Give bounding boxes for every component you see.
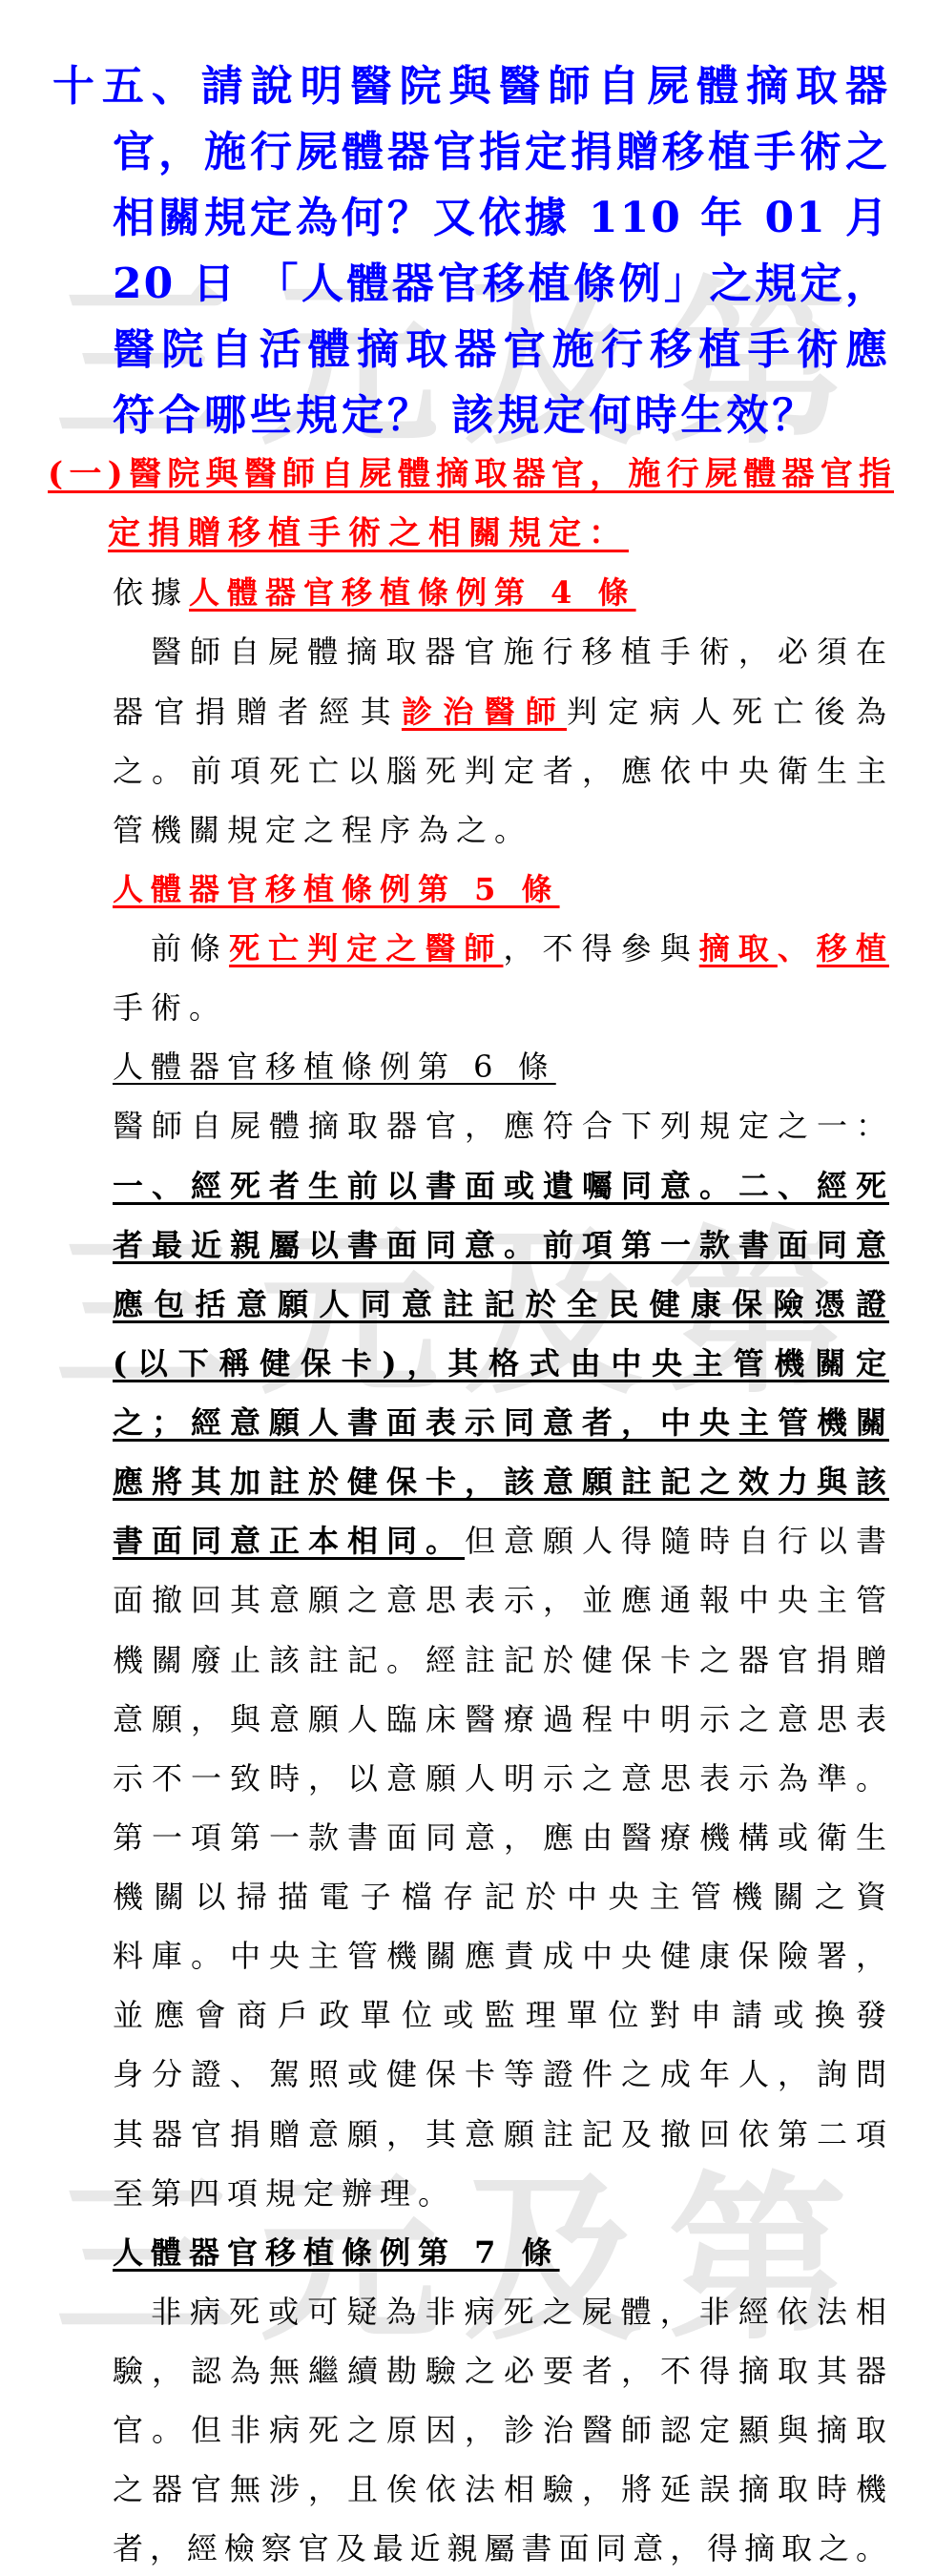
highlight-term: 摘取 <box>699 930 778 966</box>
article-text-line: 應包括意願人同意註記於全民健康保險憑證 <box>113 1275 889 1334</box>
article-text-line: 意願，與意願人臨床醫療過程中明示之意思表 <box>113 1690 889 1749</box>
question-line: 相關規定為何？又依據 110 年 01 月 <box>113 185 889 251</box>
article-text-line: 並應會商戶政單位或監理單位對申請或換發 <box>113 1985 889 2045</box>
text-segment: 者，經檢察官及最近親屬書面同意，得摘取之。 <box>113 2530 889 2566</box>
article-text-line: 料庫。中央主管機關應責成中央健康保險署， <box>113 1926 889 1985</box>
article-title-line: 人體器官移植條例第 5 條 <box>113 860 889 919</box>
emphasized-clause: 一、經死者生前以書面或遺囑同意。二、經死 <box>113 1168 889 1204</box>
article-title: 人體器官移植條例第 5 條 <box>113 871 560 907</box>
text-segment: ，不得參與 <box>503 930 698 966</box>
article-text-line: 前條死亡判定之醫師，不得參與摘取、移植 <box>113 919 889 978</box>
article-text-line: 書面同意正本相同。但意願人得隨時自行以書 <box>113 1511 889 1570</box>
text-segment: 官。但非病死之原因，診治醫師認定顯與摘取 <box>113 2412 889 2448</box>
article-title: 人體器官移植條例第 7 條 <box>113 2234 560 2271</box>
text-segment: 之。前項死亡以腦死判定者，應依中央衛生主 <box>113 753 889 789</box>
statute-basis-line: 依據人體器官移植條例第 4 條 <box>113 563 889 622</box>
section-heading-text: (一)醫院與醫師自屍體摘取器官，施行屍體器官指 <box>48 455 894 493</box>
article-text-line: 管機關規定之程序為之。 <box>113 800 889 860</box>
question-block: 十五、請說明醫院與醫師自屍體摘取器 官，施行屍體器官指定捐贈移植手術之 相關規定… <box>0 53 935 448</box>
text-segment: 非病死或可疑為非病死之屍體，非經依法相 <box>151 2294 889 2330</box>
article-title: 人體器官移植條例第 4 條 <box>189 574 636 611</box>
highlight-punctuation: 、 <box>778 930 817 966</box>
text-segment: 驗，認為無繼續勘驗之必要者，不得摘取其器 <box>113 2353 889 2389</box>
question-line: 符合哪些規定？ 該規定何時生效？ <box>113 383 889 448</box>
text-segment: 機關廢止該註記。經註記於健保卡之器官捐贈 <box>113 1642 889 1678</box>
article-text-line: 醫師自屍體摘取器官施行移植手術，必須在 <box>113 622 889 681</box>
article-text-line: 第一項第一款書面同意，應由醫療機構或衛生 <box>113 1808 889 1867</box>
article-title-line: 人體器官移植條例第 6 條 <box>113 1037 889 1096</box>
document-page: 三元及第 三元及第 三元及第 十五、請說明醫院與醫師自屍體摘取器 官，施行屍體器… <box>0 0 935 2576</box>
text-segment: 機關以掃描電子檔存記於中央主管機關之資 <box>113 1879 889 1915</box>
article-text-line: 應將其加註於健保卡，該意願註記之效力與該 <box>113 1452 889 1511</box>
section-heading: (一)醫院與醫師自屍體摘取器官，施行屍體器官指 <box>48 445 894 504</box>
emphasized-clause: (以下稱健保卡)，其格式由中央主管機關定 <box>113 1345 889 1381</box>
article-text-line: (以下稱健保卡)，其格式由中央主管機關定 <box>113 1334 889 1393</box>
text-segment: 其器官捐贈意願，其意願註記及撤回依第二項 <box>113 2116 889 2152</box>
text-segment: 第一項第一款書面同意，應由醫療機構或衛生 <box>113 1819 889 1856</box>
emphasized-clause: 應包括意願人同意註記於全民健康保險憑證 <box>113 1286 889 1322</box>
emphasized-clause: 之；經意願人書面表示同意者，中央主管機關 <box>113 1404 889 1441</box>
article-text-line: 至第四項規定辦理。 <box>113 2164 889 2223</box>
basis-label: 依據 <box>113 574 189 611</box>
emphasized-clause: 應將其加註於健保卡，該意願註記之效力與該 <box>113 1464 889 1500</box>
article-text-line: 驗，認為無繼續勘驗之必要者，不得摘取其器 <box>113 2341 889 2400</box>
article-text-line: 器官捐贈者經其診治醫師判定病人死亡後為 <box>113 682 889 741</box>
emphasized-clause: 書面同意正本相同。 <box>113 1523 465 1559</box>
article-text-line: 非病死或可疑為非病死之屍體，非經依法相 <box>113 2282 889 2341</box>
highlight-term: 診治醫師 <box>402 694 567 730</box>
text-segment: 管機關規定之程序為之。 <box>113 812 532 848</box>
question-line: 十五、請說明醫院與醫師自屍體摘取器 <box>52 53 889 119</box>
text-segment: 器官捐贈者經其 <box>113 694 402 730</box>
answer-block: (一)醫院與醫師自屍體摘取器官，施行屍體器官指 定捐贈移植手術之相關規定： 依據… <box>0 445 935 2576</box>
text-segment: 並應會商戶政單位或監理單位對申請或換發 <box>113 1997 889 2033</box>
article-text-line: 官。但非病死之原因，診治醫師認定顯與摘取 <box>113 2400 889 2460</box>
highlight-term: 移植 <box>817 930 889 966</box>
article-text-line: 者，經檢察官及最近親屬書面同意，得摘取之。 <box>113 2519 889 2576</box>
article-text-line: 機關以掃描電子檔存記於中央主管機關之資 <box>113 1867 889 1926</box>
article-text-line: 手術。 <box>113 978 889 1037</box>
text-segment: 手術。 <box>113 989 227 1026</box>
article-text-line: 醫師自屍體摘取器官，應符合下列規定之一： <box>113 1096 889 1155</box>
section-heading: 定捐贈移植手術之相關規定： <box>108 504 884 563</box>
text-segment: 前條 <box>151 930 229 966</box>
article-title-line: 人體器官移植條例第 7 條 <box>113 2223 889 2282</box>
text-segment: 示不一致時，以意願人明示之意思表示為準。 <box>113 1760 889 1797</box>
text-segment: 但意願人得隨時自行以書 <box>465 1523 889 1559</box>
highlight-term: 死亡判定之醫師 <box>229 930 503 966</box>
article-text-line: 面撤回其意願之意思表示，並應通報中央主管 <box>113 1570 889 1630</box>
text-segment: 意願，與意願人臨床醫療過程中明示之意思表 <box>113 1701 889 1737</box>
question-line: 醫院自活體摘取器官施行移植手術應 <box>113 317 889 383</box>
text-segment: 身分證、駕照或健保卡等證件之成年人，詢問 <box>113 2056 889 2092</box>
section-heading-text: 定捐贈移植手術之相關規定： <box>108 514 629 552</box>
article-text-line: 之器官無涉，且俟依法相驗，將延誤摘取時機 <box>113 2460 889 2519</box>
text-segment: 至第四項規定辦理。 <box>113 2175 456 2212</box>
article-title: 人體器官移植條例第 6 條 <box>113 1049 556 1085</box>
question-line: 官，施行屍體器官指定捐贈移植手術之 <box>113 119 889 185</box>
text-segment: 之器官無涉，且俟依法相驗，將延誤摘取時機 <box>113 2471 889 2507</box>
article-text-line: 者最近親屬以書面同意。前項第一款書面同意 <box>113 1215 889 1275</box>
text-segment: 判定病人死亡後為 <box>567 694 889 730</box>
text-segment: 面撤回其意願之意思表示，並應通報中央主管 <box>113 1582 889 1618</box>
article-text-line: 身分證、駕照或健保卡等證件之成年人，詢問 <box>113 2045 889 2104</box>
emphasized-clause: 者最近親屬以書面同意。前項第一款書面同意 <box>113 1227 889 1263</box>
text-segment: 醫師自屍體摘取器官，應符合下列規定之一： <box>113 1108 889 1144</box>
article-text-line: 之。前項死亡以腦死判定者，應依中央衛生主 <box>113 741 889 800</box>
article-text-line: 一、經死者生前以書面或遺囑同意。二、經死 <box>113 1156 889 1215</box>
article-text-line: 其器官捐贈意願，其意願註記及撤回依第二項 <box>113 2105 889 2164</box>
article-text-line: 之；經意願人書面表示同意者，中央主管機關 <box>113 1393 889 1452</box>
text-segment: 醫師自屍體摘取器官施行移植手術，必須在 <box>151 634 889 670</box>
text-segment: 料庫。中央主管機關應責成中央健康保險署， <box>113 1938 889 1974</box>
article-text-line: 機關廢止該註記。經註記於健保卡之器官捐贈 <box>113 1631 889 1690</box>
question-line: 20 日 「人體器官移植條例」之規定， <box>113 251 889 317</box>
article-text-line: 示不一致時，以意願人明示之意思表示為準。 <box>113 1749 889 1808</box>
